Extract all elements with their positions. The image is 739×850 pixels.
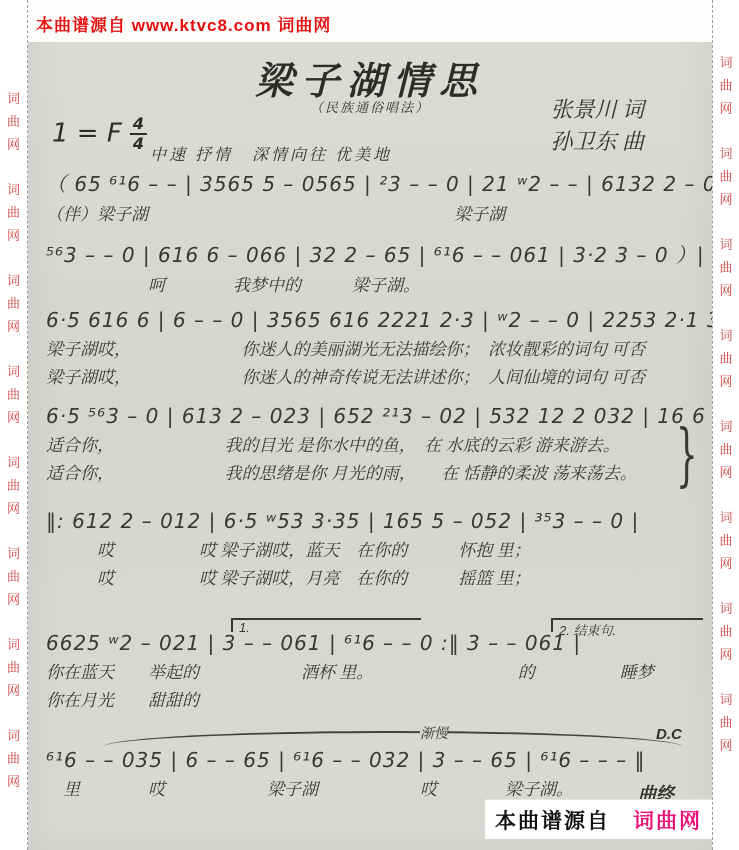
top-watermark-text: 本曲谱源自 www.ktvc8.com 词曲网 <box>36 11 331 36</box>
right-watermark-text: 词 曲 网 词 曲 网 词 曲 网 词 曲 网 词 曲 网 词 曲 网 词 曲 … <box>713 52 739 757</box>
right-watermark-column: 词 曲 网 词 曲 网 词 曲 网 词 曲 网 词 曲 网 词 曲 网 词 曲 … <box>712 0 739 850</box>
notation-line-2: ⁵⁶3 – – 0 | 616 6 – 066 | 32 2 – 65 | ⁶¹… <box>46 239 706 268</box>
lyric-line-5a: 哎 哎 梁子湖哎，蓝天 在你的 怀抱 里； <box>46 536 706 561</box>
lyric-line-6a: 你在蓝天 举起的 酒杯 里。 的 睡梦 <box>46 658 706 683</box>
bottom-watermark-site: 词曲网 <box>633 805 702 835</box>
time-signature-numerator: 4 <box>130 116 147 135</box>
notation-line-3: 6·5 616 6 | 6 – – 0 | 3565 616 2221 2·3 … <box>46 308 706 332</box>
left-watermark-column: 词 曲 网 词 曲 网 词 曲 网 词 曲 网 词 曲 网 词 曲 网 词 曲 … <box>0 0 28 850</box>
time-signature-denominator: 4 <box>130 135 147 152</box>
music-system-5: ‖: 612 2 – 012 | 6·5 ʷ53 3·35 | 165 5 – … <box>46 509 706 589</box>
sheet-paper: 本曲谱源自 www.ktvc8.com 词曲网 梁子湖情思 （民族通俗唱法） 张… <box>28 0 712 850</box>
time-signature: 44 <box>130 116 147 152</box>
music-system-6: 6625 ʷ2 – 021 | 3 – – 061 | ⁶¹6 – – 0 :‖… <box>46 631 706 711</box>
composer-credit: 孙卫东 曲 <box>550 126 644 158</box>
music-system-7: ⁶¹6 – – 035 | 6 – – 65 | ⁶¹6 – – 032 | 3… <box>46 748 706 800</box>
bottom-watermark-bar: 本曲谱源自 词曲网 <box>485 799 712 839</box>
lyric-line-1a: （伴）梁子湖 梁子湖 <box>46 200 706 225</box>
lyric-line-3b: 梁子湖哎， 你迷人的神奇传说无法讲述你； 人间仙境的词句 可否 <box>46 363 706 388</box>
left-watermark-text: 词 曲 网 词 曲 网 词 曲 网 词 曲 网 词 曲 网 词 曲 网 词 曲 … <box>0 88 27 793</box>
music-system-3: 6·5 616 6 | 6 – – 0 | 3565 616 2221 2·3 … <box>46 308 706 388</box>
phrase-slur <box>103 731 683 747</box>
music-system-4: 6·5 ⁵⁶3 – 0 | 613 2 – 023 | 652 ²¹3 – 02… <box>46 404 706 484</box>
lyric-line-3a: 梁子湖哎， 你迷人的美丽湖光无法描绘你； 浓妆靓彩的词句 可否 <box>46 335 706 360</box>
volta-1-label: 1. <box>239 620 250 635</box>
lyric-brace: } <box>676 416 698 496</box>
lyric-line-2a: 呵 我梦中的 梁子湖。 <box>46 271 706 296</box>
bottom-watermark-source: 本曲谱源自 <box>495 805 610 835</box>
music-system-2: ⁵⁶3 – – 0 | 616 6 – 066 | 32 2 – 65 | ⁶¹… <box>46 239 706 296</box>
notation-line-7: ⁶¹6 – – 035 | 6 – – 65 | ⁶¹6 – – 032 | 3… <box>46 748 706 772</box>
tempo-marking: 中速 抒情 深情向往 优美地 <box>150 142 392 165</box>
volta-1-bracket: 1. <box>231 618 421 632</box>
volta-2-label: 2. 结束句. <box>559 623 616 638</box>
lyricist-credit: 张景川 词 <box>550 94 644 126</box>
notation-line-1: （ 65 ⁶¹6 – – | 3565 5 – 0565 | ²3 – – 0 … <box>46 168 706 197</box>
lyric-line-4b: 适合你， 我的思绪是你 月光的雨， 在 恬静的柔波 荡来荡去。 <box>46 459 706 484</box>
ritardando-marking: 渐慢 <box>420 723 448 743</box>
da-capo-marking: D.C <box>656 726 682 743</box>
lyric-line-5b: 哎 哎 梁子湖哎，月亮 在你的 摇篮 里； <box>46 564 706 589</box>
key-signature: 1 = F44 <box>52 116 147 152</box>
music-system-1: （ 65 ⁶¹6 – – | 3565 5 – 0565 | ²3 – – 0 … <box>46 168 706 225</box>
lyric-line-6b: 你在月光 甜甜的 <box>46 686 706 711</box>
lyric-line-4a: 适合你， 我的目光 是你水中的鱼， 在 水底的云彩 游来游去。 <box>46 431 706 456</box>
sheet-music-page: 本曲谱源自 www.ktvc8.com 词曲网 梁子湖情思 （民族通俗唱法） 张… <box>0 0 739 850</box>
key-label: 1 = F <box>52 119 122 149</box>
volta-2-bracket: 2. 结束句. <box>551 618 703 632</box>
top-watermark-band: 本曲谱源自 www.ktvc8.com 词曲网 <box>28 0 712 42</box>
notation-line-5: ‖: 612 2 – 012 | 6·5 ʷ53 3·35 | 165 5 – … <box>46 509 706 533</box>
credits-block: 张景川 词 孙卫东 曲 <box>550 94 644 158</box>
lyric-line-7a: 里 哎 梁子湖 哎 梁子湖。 <box>46 775 706 800</box>
notation-line-4: 6·5 ⁵⁶3 – 0 | 613 2 – 023 | 652 ²¹3 – 02… <box>46 404 706 428</box>
